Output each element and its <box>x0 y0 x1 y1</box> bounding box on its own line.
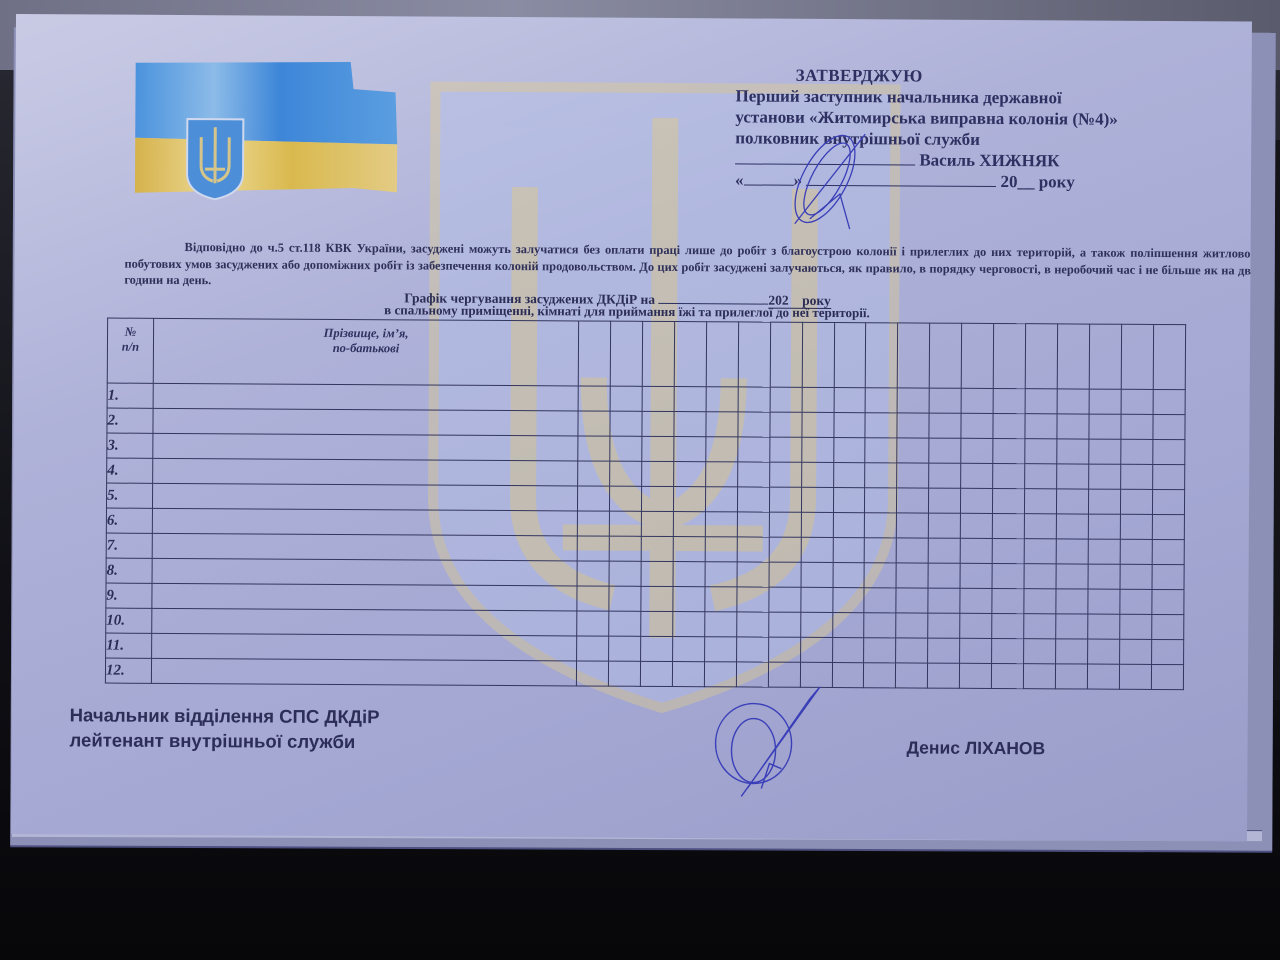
name-cell[interactable] <box>151 658 576 686</box>
day-cell[interactable] <box>610 411 642 436</box>
day-cell[interactable] <box>1152 464 1184 489</box>
day-cell[interactable] <box>833 537 865 562</box>
day-cell[interactable] <box>801 537 833 562</box>
day-cell[interactable] <box>864 613 896 638</box>
day-cell[interactable] <box>865 413 897 438</box>
day-cell[interactable] <box>832 612 864 637</box>
intro-paragraph: Відповідно до ч.5 ст.118 КВК України, за… <box>124 239 1252 295</box>
day-cell[interactable] <box>610 436 642 461</box>
day-cell[interactable] <box>1153 389 1185 414</box>
signature-approver-icon <box>755 124 896 235</box>
day-cell[interactable] <box>576 661 608 686</box>
day-cell[interactable] <box>705 487 737 512</box>
day-cell[interactable] <box>1089 464 1121 489</box>
day-cell[interactable] <box>1089 439 1121 464</box>
day-cell[interactable] <box>737 437 769 462</box>
day-cell[interactable] <box>896 588 928 613</box>
header-day-cell <box>706 322 738 387</box>
day-cell[interactable] <box>1056 614 1088 639</box>
header-day-cell <box>1025 324 1057 389</box>
ukrainian-flag-icon <box>125 53 406 205</box>
day-cell[interactable] <box>960 663 992 688</box>
table-row: 12. <box>105 658 1183 690</box>
day-cell[interactable] <box>578 411 610 436</box>
day-cell[interactable] <box>992 563 1024 588</box>
day-cell[interactable] <box>610 461 642 486</box>
day-cell[interactable] <box>673 612 705 637</box>
footer-position-line2: лейтенант внутрішньої служби <box>69 727 379 754</box>
day-cell[interactable] <box>1088 589 1120 614</box>
day-cell[interactable] <box>577 486 609 511</box>
day-cell[interactable] <box>1152 589 1184 614</box>
day-cell[interactable] <box>1024 664 1056 689</box>
legal-intro-text: Відповідно до ч.5 ст.118 КВК України, за… <box>124 239 1252 295</box>
day-cell[interactable] <box>609 611 641 636</box>
date-quote-open: « <box>735 170 744 189</box>
day-cell[interactable] <box>705 537 737 562</box>
day-cell[interactable] <box>673 487 705 512</box>
day-cell[interactable] <box>1119 664 1151 689</box>
day-cell[interactable] <box>641 586 673 611</box>
day-cell[interactable] <box>769 487 801 512</box>
day-cell[interactable] <box>1025 389 1057 414</box>
header-name-line2: по-батькові <box>154 340 578 358</box>
day-cell[interactable] <box>801 562 833 587</box>
day-cell[interactable] <box>801 487 833 512</box>
day-cell[interactable] <box>833 488 865 513</box>
day-cell[interactable] <box>801 512 833 537</box>
header-day-cell <box>802 322 834 387</box>
day-cell[interactable] <box>642 386 674 411</box>
day-cell[interactable] <box>609 586 641 611</box>
day-cell[interactable] <box>897 438 929 463</box>
day-cell[interactable] <box>706 437 738 462</box>
day-cell[interactable] <box>833 438 865 463</box>
row-number: 9. <box>106 583 152 608</box>
day-cell[interactable] <box>929 388 961 413</box>
day-cell[interactable] <box>1025 439 1057 464</box>
day-cell[interactable] <box>928 588 960 613</box>
day-cell[interactable] <box>832 587 864 612</box>
day-cell[interactable] <box>768 612 800 637</box>
day-cell[interactable] <box>834 388 866 413</box>
day-cell[interactable] <box>577 611 609 636</box>
name-cell[interactable] <box>153 458 578 486</box>
day-cell[interactable] <box>993 463 1025 488</box>
row-number: 5. <box>106 483 152 508</box>
day-cell[interactable] <box>770 412 802 437</box>
day-cell[interactable] <box>705 462 737 487</box>
day-cell[interactable] <box>1089 389 1121 414</box>
day-cell[interactable] <box>674 437 706 462</box>
header-day-cell <box>1057 324 1089 389</box>
day-cell[interactable] <box>737 462 769 487</box>
day-cell[interactable] <box>1024 614 1056 639</box>
day-cell[interactable] <box>705 512 737 537</box>
day-cell[interactable] <box>1057 389 1089 414</box>
footer-position: Начальник відділення СПС ДКДіР лейтенант… <box>69 702 379 754</box>
day-cell[interactable] <box>673 537 705 562</box>
day-cell[interactable] <box>928 638 960 663</box>
header-name: Прізвище, ім’я, по-батькові <box>153 318 578 386</box>
day-cell[interactable] <box>610 386 642 411</box>
day-cell[interactable] <box>993 413 1025 438</box>
day-cell[interactable] <box>1089 414 1121 439</box>
day-cell[interactable] <box>1120 489 1152 514</box>
day-cell[interactable] <box>993 488 1025 513</box>
header-day-cell <box>1089 324 1121 389</box>
day-cell[interactable] <box>993 388 1025 413</box>
day-cell[interactable] <box>897 513 929 538</box>
day-cell[interactable] <box>609 536 641 561</box>
day-cell[interactable] <box>577 511 609 536</box>
header-day-cell <box>642 321 674 386</box>
day-cell[interactable] <box>1120 539 1152 564</box>
day-cell[interactable] <box>706 412 738 437</box>
day-cell[interactable] <box>1057 464 1089 489</box>
day-cell[interactable] <box>1121 439 1153 464</box>
day-cell[interactable] <box>1121 389 1153 414</box>
name-cell[interactable] <box>153 408 578 436</box>
day-cell[interactable] <box>864 638 896 663</box>
row-number: 2. <box>107 408 153 433</box>
day-cell[interactable] <box>609 511 641 536</box>
day-cell[interactable] <box>1088 539 1120 564</box>
day-cell[interactable] <box>961 513 993 538</box>
name-cell[interactable] <box>152 558 577 586</box>
header-number-line1: № <box>108 325 153 340</box>
day-cell[interactable] <box>833 562 865 587</box>
day-cell[interactable] <box>704 612 736 637</box>
header-day-cell <box>738 322 770 387</box>
day-cell[interactable] <box>608 661 640 686</box>
row-number: 3. <box>107 433 153 458</box>
day-cell[interactable] <box>768 637 800 662</box>
approval-signer-name: Василь ХИЖНЯК <box>919 151 1059 171</box>
day-cell[interactable] <box>1088 639 1120 664</box>
day-cell[interactable] <box>928 563 960 588</box>
approval-year: 20__ року <box>1000 172 1074 191</box>
day-cell[interactable] <box>929 438 961 463</box>
name-cell[interactable] <box>153 433 578 461</box>
header-day-cell <box>866 323 898 388</box>
header-day-cell <box>834 323 866 388</box>
day-cell[interactable] <box>769 462 801 487</box>
day-cell[interactable] <box>961 413 993 438</box>
day-cell[interactable] <box>864 588 896 613</box>
day-cell[interactable] <box>992 588 1024 613</box>
day-cell[interactable] <box>578 386 610 411</box>
row-number: 10. <box>106 608 152 633</box>
day-cell[interactable] <box>865 513 897 538</box>
schedule-subtitle: в спальному приміщенні, кімнаті для прий… <box>384 302 870 321</box>
day-cell[interactable] <box>673 512 705 537</box>
day-cell[interactable] <box>866 388 898 413</box>
day-cell[interactable] <box>577 561 609 586</box>
day-cell[interactable] <box>737 587 769 612</box>
day-cell[interactable] <box>960 588 992 613</box>
day-cell[interactable] <box>769 512 801 537</box>
name-cell[interactable] <box>153 383 578 411</box>
day-cell[interactable] <box>1024 589 1056 614</box>
day-cell[interactable] <box>737 537 769 562</box>
day-cell[interactable] <box>768 587 800 612</box>
day-cell[interactable] <box>737 562 769 587</box>
day-cell[interactable] <box>674 412 706 437</box>
day-cell[interactable] <box>802 387 834 412</box>
day-cell[interactable] <box>1088 614 1120 639</box>
day-cell[interactable] <box>1120 614 1152 639</box>
day-cell[interactable] <box>736 637 768 662</box>
day-cell[interactable] <box>960 638 992 663</box>
duty-schedule-table: № п/п Прізвище, ім’я, по-батькові 1.2.3.… <box>105 318 1186 691</box>
day-cell[interactable] <box>992 538 1024 563</box>
row-number: 7. <box>106 533 152 558</box>
name-cell[interactable] <box>152 583 577 611</box>
footer-position-line1: Начальник відділення СПС ДКДіР <box>70 702 380 729</box>
document-sheet: ЗАТВЕРДЖУЮ Перший заступник начальника д… <box>11 14 1252 842</box>
day-cell[interactable] <box>1152 489 1184 514</box>
day-cell[interactable] <box>865 488 897 513</box>
day-cell[interactable] <box>1152 514 1184 539</box>
day-cell[interactable] <box>960 613 992 638</box>
row-number: 1. <box>107 383 153 408</box>
day-cell[interactable] <box>833 512 865 537</box>
day-cell[interactable] <box>1121 414 1153 439</box>
day-cell[interactable] <box>1057 439 1089 464</box>
row-number: 4. <box>107 458 153 483</box>
day-cell[interactable] <box>1121 464 1153 489</box>
day-cell[interactable] <box>1024 514 1056 539</box>
day-cell[interactable] <box>864 563 896 588</box>
day-cell[interactable] <box>928 538 960 563</box>
day-cell[interactable] <box>609 561 641 586</box>
day-cell[interactable] <box>833 413 865 438</box>
day-cell[interactable] <box>640 661 672 686</box>
day-cell[interactable] <box>992 638 1024 663</box>
day-cell[interactable] <box>1024 564 1056 589</box>
header-day-cell <box>898 323 930 388</box>
day-cell[interactable] <box>993 513 1025 538</box>
day-cell[interactable] <box>1151 664 1183 689</box>
header-number: № п/п <box>107 318 153 383</box>
day-cell[interactable] <box>1057 414 1089 439</box>
name-cell[interactable] <box>152 533 577 561</box>
day-cell[interactable] <box>705 587 737 612</box>
day-cell[interactable] <box>1153 439 1185 464</box>
day-cell[interactable] <box>674 387 706 412</box>
day-cell[interactable] <box>897 538 929 563</box>
day-cell[interactable] <box>1088 564 1120 589</box>
header-day-cell <box>1153 324 1185 389</box>
day-cell[interactable] <box>1055 664 1087 689</box>
day-cell[interactable] <box>1120 514 1152 539</box>
schedule-date-line <box>658 288 768 305</box>
day-cell[interactable] <box>992 613 1024 638</box>
day-cell[interactable] <box>672 637 704 662</box>
day-cell[interactable] <box>960 563 992 588</box>
day-cell[interactable] <box>864 663 896 688</box>
day-cell[interactable] <box>1056 564 1088 589</box>
row-number: 11. <box>106 633 152 658</box>
header-day-cell <box>961 323 993 388</box>
day-cell[interactable] <box>897 463 929 488</box>
day-cell[interactable] <box>641 611 673 636</box>
name-cell[interactable] <box>152 508 577 536</box>
day-cell[interactable] <box>642 461 674 486</box>
day-cell[interactable] <box>897 488 929 513</box>
day-cell[interactable] <box>1025 464 1057 489</box>
day-cell[interactable] <box>769 537 801 562</box>
day-cell[interactable] <box>641 536 673 561</box>
day-cell[interactable] <box>1120 564 1152 589</box>
day-cell[interactable] <box>1057 489 1089 514</box>
day-cell[interactable] <box>769 562 801 587</box>
day-cell[interactable] <box>641 486 673 511</box>
day-cell[interactable] <box>641 511 673 536</box>
day-cell[interactable] <box>865 463 897 488</box>
day-cell[interactable] <box>961 438 993 463</box>
day-cell[interactable] <box>929 463 961 488</box>
day-cell[interactable] <box>993 438 1025 463</box>
day-cell[interactable] <box>769 437 801 462</box>
day-cell[interactable] <box>640 636 672 661</box>
day-cell[interactable] <box>1025 489 1057 514</box>
day-cell[interactable] <box>1056 639 1088 664</box>
day-cell[interactable] <box>832 637 864 662</box>
day-cell[interactable] <box>673 562 705 587</box>
day-cell[interactable] <box>1120 589 1152 614</box>
day-cell[interactable] <box>704 637 736 662</box>
day-cell[interactable] <box>578 436 610 461</box>
name-cell[interactable] <box>152 483 577 511</box>
day-cell[interactable] <box>928 613 960 638</box>
day-cell[interactable] <box>770 387 802 412</box>
day-cell[interactable] <box>897 388 929 413</box>
day-cell[interactable] <box>1024 639 1056 664</box>
row-number: 6. <box>106 508 152 533</box>
day-cell[interactable] <box>737 512 769 537</box>
day-cell[interactable] <box>961 488 993 513</box>
day-cell[interactable] <box>1151 639 1183 664</box>
day-cell[interactable] <box>1088 489 1120 514</box>
day-cell[interactable] <box>1056 589 1088 614</box>
day-cell[interactable] <box>1153 414 1185 439</box>
row-number: 8. <box>106 558 152 583</box>
day-cell[interactable] <box>737 487 769 512</box>
header-number-line2: п/п <box>108 340 153 355</box>
day-cell[interactable] <box>577 586 609 611</box>
row-number: 12. <box>105 658 151 683</box>
day-cell[interactable] <box>865 538 897 563</box>
day-cell[interactable] <box>896 563 928 588</box>
day-cell[interactable] <box>801 437 833 462</box>
day-cell[interactable] <box>1119 639 1151 664</box>
day-cell[interactable] <box>929 413 961 438</box>
day-cell[interactable] <box>705 562 737 587</box>
day-cell[interactable] <box>641 561 673 586</box>
day-cell[interactable] <box>642 411 674 436</box>
day-cell[interactable] <box>608 636 640 661</box>
header-day-cell <box>674 322 706 387</box>
day-cell[interactable] <box>1024 539 1056 564</box>
header-day-cell <box>610 321 642 386</box>
day-cell[interactable] <box>1152 564 1184 589</box>
day-cell[interactable] <box>577 636 609 661</box>
day-cell[interactable] <box>896 638 928 663</box>
day-cell[interactable] <box>1025 414 1057 439</box>
day-cell[interactable] <box>1088 514 1120 539</box>
day-cell[interactable] <box>865 438 897 463</box>
day-cell[interactable] <box>801 412 833 437</box>
day-cell[interactable] <box>1056 514 1088 539</box>
day-cell[interactable] <box>896 613 928 638</box>
name-cell[interactable] <box>152 633 577 661</box>
day-cell[interactable] <box>578 461 610 486</box>
day-cell[interactable] <box>929 488 961 513</box>
header-day-cell <box>930 323 962 388</box>
day-cell[interactable] <box>961 388 993 413</box>
day-cell[interactable] <box>960 538 992 563</box>
header-day-cell <box>1121 324 1153 389</box>
day-cell[interactable] <box>642 436 674 461</box>
day-cell[interactable] <box>928 663 960 688</box>
header-day-cell <box>993 323 1025 388</box>
day-cell[interactable] <box>929 513 961 538</box>
day-cell[interactable] <box>673 462 705 487</box>
day-cell[interactable] <box>673 587 705 612</box>
day-cell[interactable] <box>800 587 832 612</box>
day-cell[interactable] <box>961 463 993 488</box>
day-cell[interactable] <box>609 486 641 511</box>
day-cell[interactable] <box>1087 664 1119 689</box>
day-cell[interactable] <box>800 612 832 637</box>
day-cell[interactable] <box>738 412 770 437</box>
name-cell[interactable] <box>152 608 577 636</box>
header-day-cell <box>770 322 802 387</box>
day-cell[interactable] <box>736 612 768 637</box>
signature-head-icon <box>691 678 842 799</box>
day-cell[interactable] <box>1152 614 1184 639</box>
day-cell[interactable] <box>896 663 928 688</box>
day-cell[interactable] <box>992 663 1024 688</box>
table-header-row: № п/п Прізвище, ім’я, по-батькові <box>107 318 1185 390</box>
day-cell[interactable] <box>801 462 833 487</box>
day-cell[interactable] <box>833 463 865 488</box>
day-cell[interactable] <box>800 637 832 662</box>
day-cell[interactable] <box>897 413 929 438</box>
header-day-cell <box>578 321 610 386</box>
day-cell[interactable] <box>577 536 609 561</box>
day-cell[interactable] <box>1152 539 1184 564</box>
day-cell[interactable] <box>706 387 738 412</box>
day-cell[interactable] <box>1056 539 1088 564</box>
day-cell[interactable] <box>738 387 770 412</box>
footer-signer-name: Денис ЛІХАНОВ <box>906 737 1045 759</box>
